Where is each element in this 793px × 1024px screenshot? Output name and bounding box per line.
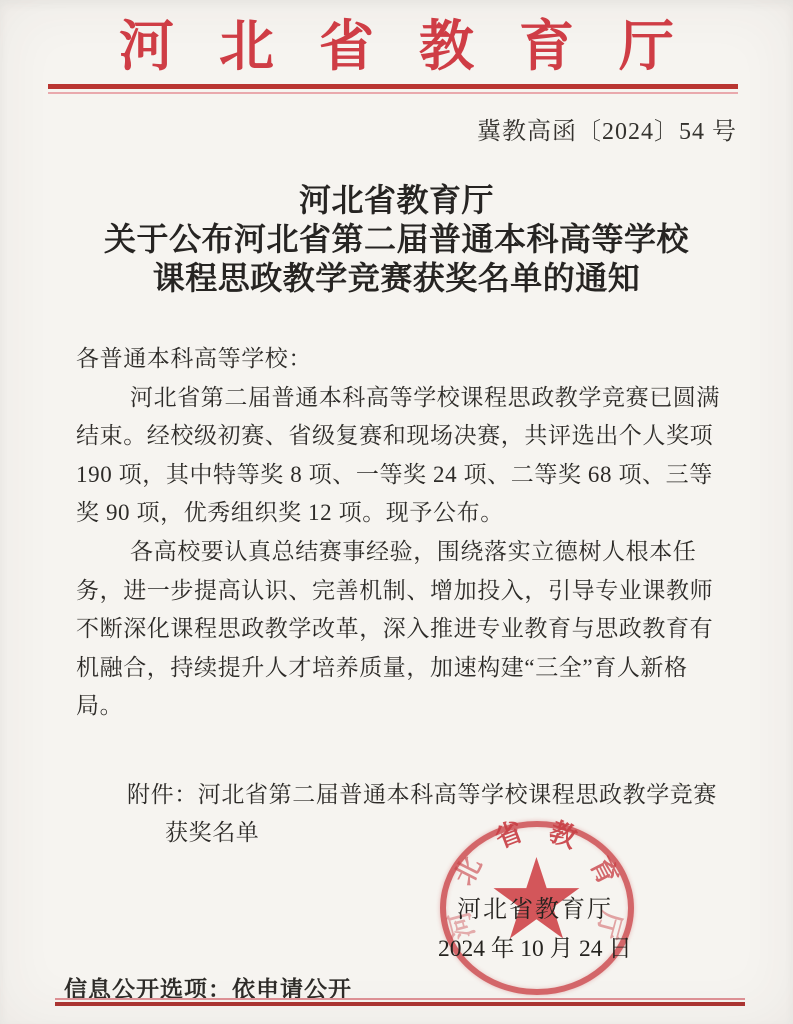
body-line: 奖 90 项，优秀组织奖 12 项。现予公布。 [76, 494, 726, 533]
title-line: 河北省教育厅 [0, 181, 793, 220]
document-body: 各普通本科高等学校： 河北省第二届普通本科高等学校课程思政教学竞赛已圆满 结束。… [76, 340, 726, 726]
signature-organization: 河北省教育厅 [457, 889, 613, 924]
document-title: 河北省教育厅 关于公布河北省第二届普通本科高等学校 课程思政教学竞赛获奖名单的通… [0, 181, 793, 298]
signature-date: 2024 年 10 月 24 日 [438, 929, 632, 963]
footer-rule-thick [55, 1002, 745, 1006]
body-line: 局。 [76, 687, 726, 726]
letterhead-rule-thin [48, 92, 738, 94]
body-line: 结束。经校级初赛、省级复赛和现场决赛，共评选出个人奖项 [76, 417, 726, 456]
attachment-note-line1: 附件：河北省第二届普通本科高等学校课程思政教学竞赛 [127, 776, 717, 809]
body-line: 河北省第二届普通本科高等学校课程思政教学竞赛已圆满 [76, 379, 726, 418]
body-line: 务，进一步提高认识、完善机制、增加投入，引导专业课教师 [76, 572, 726, 611]
letterhead-text: 河北省教育厅 [119, 16, 719, 77]
letterhead-rule-thick [48, 84, 738, 89]
body-line: 190 项，其中特等奖 8 项、一等奖 24 项、二等奖 68 项、三等 [76, 456, 726, 495]
body-line: 不断深化课程思政教学改革，深入推进专业教育与思政教育有 [76, 610, 726, 649]
document-number: 冀教高函〔2024〕54 号 [477, 111, 737, 146]
footer-rule-thin [55, 998, 745, 1000]
title-line: 课程思政教学竞赛获奖名单的通知 [0, 259, 793, 298]
letterhead-title: 河北省教育厅 [0, 16, 793, 78]
title-line: 关于公布河北省第二届普通本科高等学校 [0, 220, 793, 259]
attachment-note-line2: 获奖名单 [165, 814, 259, 847]
body-line: 机融合，持续提升人才培养质量，加速构建“三全”育人新格 [76, 649, 726, 688]
body-line: 各高校要认真总结赛事经验，围绕落实立德树人根本任 [76, 533, 726, 572]
salutation: 各普通本科高等学校： [76, 340, 726, 379]
document-page: 河北省教育厅 冀教高函〔2024〕54 号 河北省教育厅 关于公布河北省第二届普… [0, 0, 793, 1024]
